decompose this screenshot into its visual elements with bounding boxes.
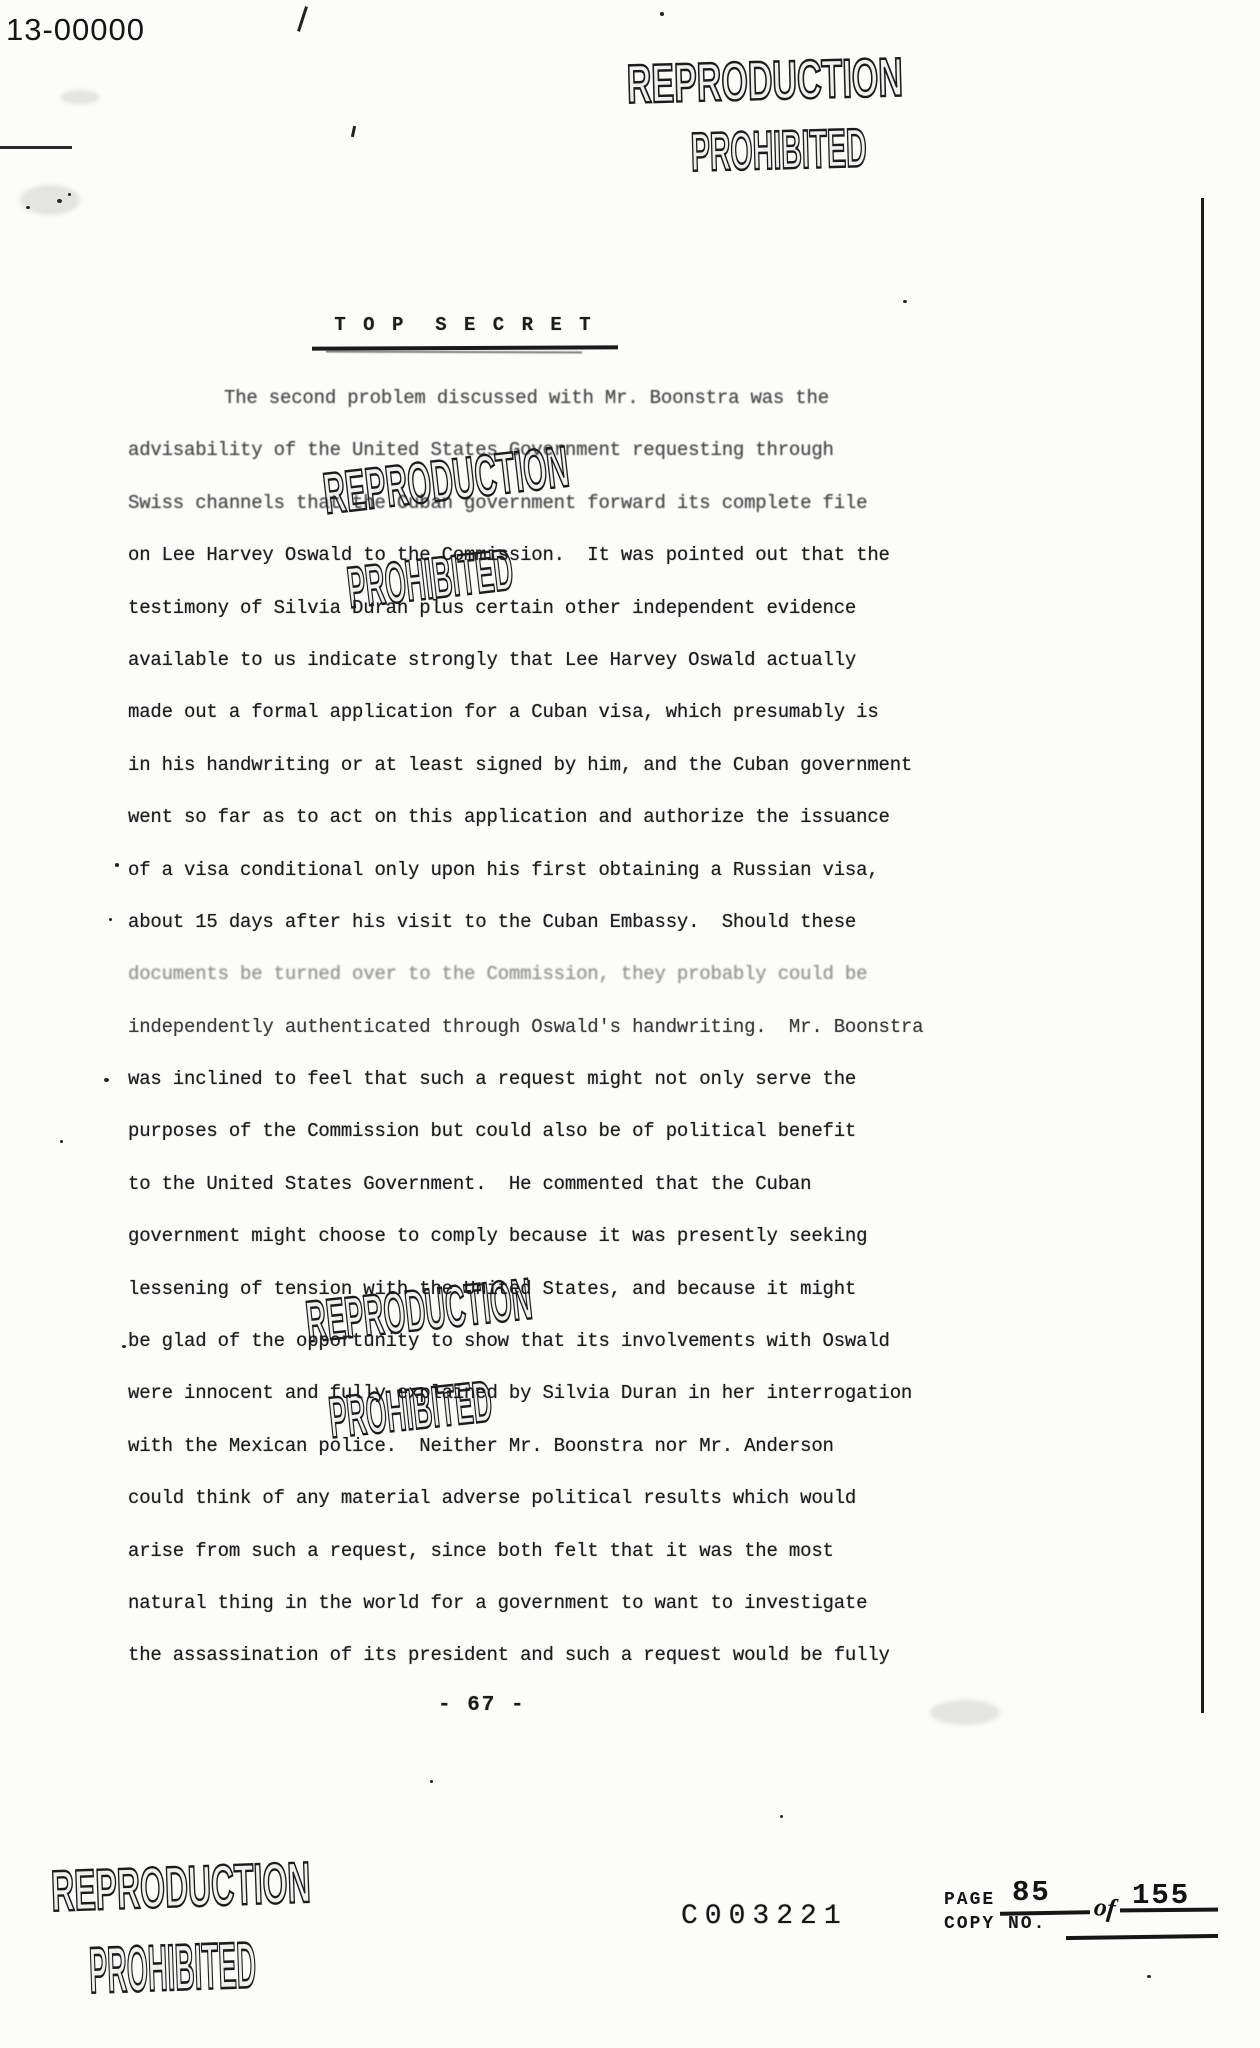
scan-artifact-speck — [104, 1078, 109, 1082]
body-text-line: arise from such a request, since both fe… — [128, 1525, 928, 1577]
scan-artifact-speck — [1147, 1975, 1151, 1978]
body-text-line: documents be turned over to the Commissi… — [128, 948, 928, 1000]
scan-artifact-speck — [109, 918, 112, 921]
of-label: of — [1092, 1892, 1117, 1924]
scan-artifact-smudge — [60, 90, 100, 104]
scan-artifact-dash — [0, 146, 72, 149]
body-text-line: independently authenticated through Oswa… — [128, 1001, 928, 1053]
scan-artifact-mark — [351, 126, 356, 137]
body-text-line: the assassination of its president and s… — [128, 1629, 928, 1681]
body-text-line: to the United States Government. He comm… — [128, 1158, 928, 1210]
scan-artifact-speck — [903, 300, 907, 303]
document-control-number: C003221 — [681, 1901, 848, 1932]
record-number: 13-00000 — [6, 12, 145, 48]
scan-artifact-speck — [780, 1815, 783, 1818]
total-pages-underline — [1120, 1908, 1218, 1913]
scan-artifact-smudge — [930, 1700, 1000, 1725]
body-text-line: natural thing in the world for a governm… — [128, 1577, 928, 1629]
body-text-line: made out a formal application for a Cuba… — [128, 686, 928, 738]
body-text-line: available to us indicate strongly that L… — [128, 634, 928, 686]
body-text-line: on Lee Harvey Oswald to the Commission. … — [128, 529, 928, 581]
page-number: - 67 - — [438, 1694, 526, 1717]
scan-artifact-smudge — [20, 185, 80, 215]
body-text-line: were innocent and fully explained by Sil… — [128, 1367, 928, 1419]
body-text-line: testimony of Silvia Duran plus certain o… — [128, 582, 928, 634]
body-text-line: The second problem discussed with Mr. Bo… — [128, 372, 928, 424]
body-text-line: government might choose to comply becaus… — [128, 1210, 928, 1262]
heading-underline-echo — [326, 351, 582, 354]
scan-artifact-mark — [297, 6, 308, 32]
page-value: 85 — [1012, 1876, 1051, 1909]
body-text-line: went so far as to act on this applicatio… — [128, 791, 928, 843]
scan-artifact-speck — [115, 863, 119, 867]
scan-artifact-speck — [660, 12, 664, 16]
reproduction-prohibited-stamp-bottom-line1: REPRODUCTION — [50, 1849, 312, 1925]
body-text-line: in his handwriting or at least signed by… — [128, 739, 928, 791]
body-text-line: could think of any material adverse poli… — [128, 1472, 928, 1524]
scan-artifact-speck — [430, 1780, 433, 1783]
body-text-line: of a visa conditional only upon his firs… — [128, 844, 928, 896]
scanned-document-page: 13-00000 REPRODUCTION PROHIBITED T O P S… — [0, 0, 1260, 2048]
scan-artifact-vertical-line — [1201, 198, 1204, 1713]
reproduction-prohibited-stamp-top-line1: REPRODUCTION — [626, 45, 904, 116]
scan-artifact-speck — [60, 1140, 63, 1143]
classification-heading: T O P S E C R E T — [316, 314, 612, 336]
scan-artifact-speck — [122, 1345, 126, 1348]
copy-number-underline — [1066, 1934, 1218, 1940]
top-secret-label: T O P S E C R E T — [316, 314, 612, 336]
body-text-line: was inclined to feel that such a request… — [128, 1053, 928, 1105]
reproduction-prohibited-stamp-top-line2: PROHIBITED — [690, 115, 867, 183]
copy-number-label: COPY NO. — [944, 1914, 1046, 1934]
body-text-line: with the Mexican police. Neither Mr. Boo… — [128, 1420, 928, 1472]
page-label: PAGE — [944, 1890, 995, 1910]
document-body: The second problem discussed with Mr. Bo… — [128, 372, 928, 1682]
reproduction-prohibited-stamp-bottom-line2: PROHIBITED — [88, 1928, 257, 2009]
body-text-line: about 15 days after his visit to the Cub… — [128, 896, 928, 948]
body-text-line: purposes of the Commission but could als… — [128, 1105, 928, 1157]
page-value-underline — [1000, 1910, 1090, 1916]
